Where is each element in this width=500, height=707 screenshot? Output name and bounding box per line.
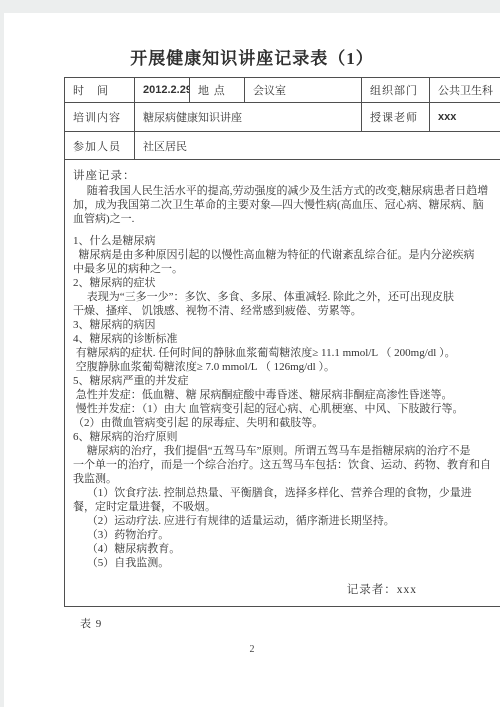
record-body: 1、什么是糖尿病 糖尿病是由多种原因引起的以慢性高血糖为特征的代谢紊乱综合征。是…	[73, 234, 500, 570]
document-canvas: 开展健康知识讲座记录表（1） 时 间 2012.2.29 地 点 会议室 组织部…	[0, 0, 500, 707]
place-label: 地 点	[190, 78, 245, 103]
document-page: 开展健康知识讲座记录表（1） 时 间 2012.2.29 地 点 会议室 组织部…	[4, 13, 500, 707]
time-value: 2012.2.29	[135, 78, 190, 103]
page-number: 2	[4, 644, 500, 655]
table-row-record: 讲座记录： 随着我国人民生活水平的提高,劳动强度的减少及生活方式的改变,糖尿病患…	[65, 160, 500, 607]
org-value: 公共卫生科	[430, 78, 500, 103]
content-label: 培训内容	[65, 103, 135, 132]
teacher-label: 授课老师	[362, 103, 430, 132]
participants-value: 社区居民	[135, 132, 500, 160]
record-form-table: 时 间 2012.2.29 地 点 会议室 组织部门 公共卫生科 培训内容 糖尿…	[64, 77, 500, 607]
org-label: 组织部门	[362, 78, 430, 103]
table-footnote: 表 9	[80, 615, 102, 631]
teacher-value: xxx	[430, 103, 500, 132]
record-heading: 讲座记录：	[73, 169, 500, 184]
record-intro: 随着我国人民生活水平的提高,劳动强度的减少及生活方式的改变,糖尿病患者日趋增 加…	[73, 184, 500, 226]
table-row-participants: 参加人员 社区居民	[65, 132, 500, 160]
recorder-signature: 记录者：xxx	[73, 581, 500, 597]
participants-label: 参加人员	[65, 132, 135, 160]
table-row-content: 培训内容 糖尿病健康知识讲座 授课老师 xxx	[65, 103, 500, 132]
table-row-meta: 时 间 2012.2.29 地 点 会议室 组织部门 公共卫生科	[65, 78, 500, 103]
lecture-record-cell: 讲座记录： 随着我国人民生活水平的提高,劳动强度的减少及生活方式的改变,糖尿病患…	[65, 160, 500, 607]
page-title: 开展健康知识讲座记录表（1）	[4, 44, 500, 69]
time-label: 时 间	[65, 78, 135, 103]
content-value: 糖尿病健康知识讲座	[135, 103, 362, 132]
place-value: 会议室	[245, 78, 362, 103]
